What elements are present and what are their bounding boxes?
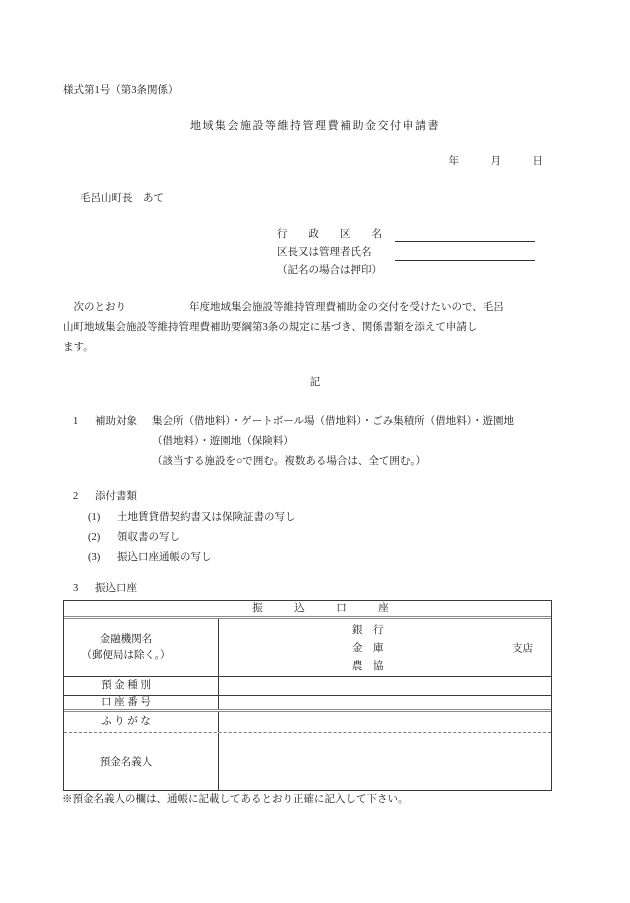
attachment-item-text: 土地賃貸借契約書又は保険証書の写し <box>117 512 296 523</box>
section2-title: 添付書類 <box>95 490 137 503</box>
body-paragraph-line-1: 次のとおり 年度地域集会施設等維持管理費補助金の交付を受けたいので、毛呂 <box>63 298 549 318</box>
body-paragraph-line-2: 山町地域集会施設等維持管理費補助要綱第3条の規定に基づき、関係書類を添えて申請し <box>63 318 549 338</box>
section1-number: 1 <box>73 415 78 428</box>
table-row-deposit-type: 預 金 種 別 <box>64 677 551 696</box>
table-row-account-number: 口 座 番 号 <box>64 696 551 712</box>
seal-note: （記名の場合は押印） <box>277 265 382 277</box>
section1-line-3: （該当する施設を○で囲む。複数ある場合は、全て囲む。） <box>152 455 426 468</box>
table-row-account-holder: 預金名義人 <box>64 733 551 790</box>
bank-name-field[interactable]: 銀 行 金 庫 農 協 支店 <box>219 619 551 676</box>
bank-type-options: 銀 行 金 庫 農 協 <box>352 622 384 676</box>
section1-line-1: 集会所（借地料）・ゲートボール場（借地料）・ごみ集積所（借地料）・遊園地 <box>152 415 514 428</box>
bank-name-label-cell: 金融機関名 （郵便局は除く。） <box>64 619 219 676</box>
date-line: 年 月 日 <box>449 155 544 169</box>
attachment-item-number: (3) <box>88 551 117 564</box>
district-name-label: 行 政 区 名 <box>277 229 382 241</box>
account-number-field[interactable] <box>219 696 551 709</box>
section3-number: 3 <box>73 582 78 595</box>
section2-number: 2 <box>73 490 78 503</box>
section3-title: 振込口座 <box>95 582 137 595</box>
bank-name-sublabel: （郵便局は除く。） <box>81 648 170 664</box>
table-row-bank-name: 金融機関名 （郵便局は除く。） 銀 行 金 庫 農 協 支店 <box>64 619 551 677</box>
attachment-item-number: (1) <box>88 511 117 524</box>
addressee: 毛呂山町長 あて <box>80 192 164 206</box>
bank-name-label: 金融機関名 <box>100 632 153 648</box>
account-holder-field[interactable] <box>219 733 551 790</box>
deposit-type-label: 預 金 種 別 <box>64 677 219 695</box>
section1-line-2: （借地料）・遊園地（保険料） <box>152 435 294 448</box>
attachment-item-text: 振込口座通帳の写し <box>117 552 212 563</box>
manager-name-field[interactable] <box>395 251 535 261</box>
footnote: ※預金名義人の欄は、通帳に記載してあるとおり正確に記入して下さい。 <box>62 793 409 807</box>
account-holder-label: 預金名義人 <box>64 733 219 790</box>
bank-account-table: 振 込 口 座 金融機関名 （郵便局は除く。） 銀 行 金 庫 農 協 支店 預… <box>63 600 552 791</box>
attachment-item: (2)領収書の写し <box>88 531 180 544</box>
manager-name-label: 区長又は管理者氏名 <box>277 247 372 259</box>
bank-type-option-ginko: 銀 行 <box>352 622 384 640</box>
document-title: 地域集会施設等維持管理費補助金交付申請書 <box>0 117 630 133</box>
deposit-type-field[interactable] <box>219 677 551 695</box>
attachment-item-text: 領収書の写し <box>117 532 180 543</box>
district-name-field[interactable] <box>395 232 535 242</box>
form-number: 様式第1号（第3条関係） <box>63 84 179 98</box>
table-row-furigana: ふ り が な <box>64 712 551 733</box>
attachment-item: (1)土地賃貸借契約書又は保険証書の写し <box>88 511 296 524</box>
furigana-label: ふ り が な <box>64 712 219 732</box>
attachment-item: (3)振込口座通帳の写し <box>88 551 212 564</box>
ki-heading: 記 <box>0 376 630 390</box>
branch-label: 支店 <box>512 640 533 655</box>
table-header-furikomi-kouza: 振 込 口 座 <box>64 601 551 619</box>
application-form-page: 様式第1号（第3条関係） 地域集会施設等維持管理費補助金交付申請書 年 月 日 … <box>0 0 630 903</box>
body-paragraph-line-3: ます。 <box>63 338 549 358</box>
furigana-field[interactable] <box>219 712 551 732</box>
account-number-label: 口 座 番 号 <box>64 696 219 709</box>
bank-type-option-kinko: 金 庫 <box>352 640 384 658</box>
bank-type-option-nokyo: 農 協 <box>352 658 384 676</box>
attachment-item-number: (2) <box>88 531 117 544</box>
section1-title: 補助対象 <box>95 415 137 428</box>
